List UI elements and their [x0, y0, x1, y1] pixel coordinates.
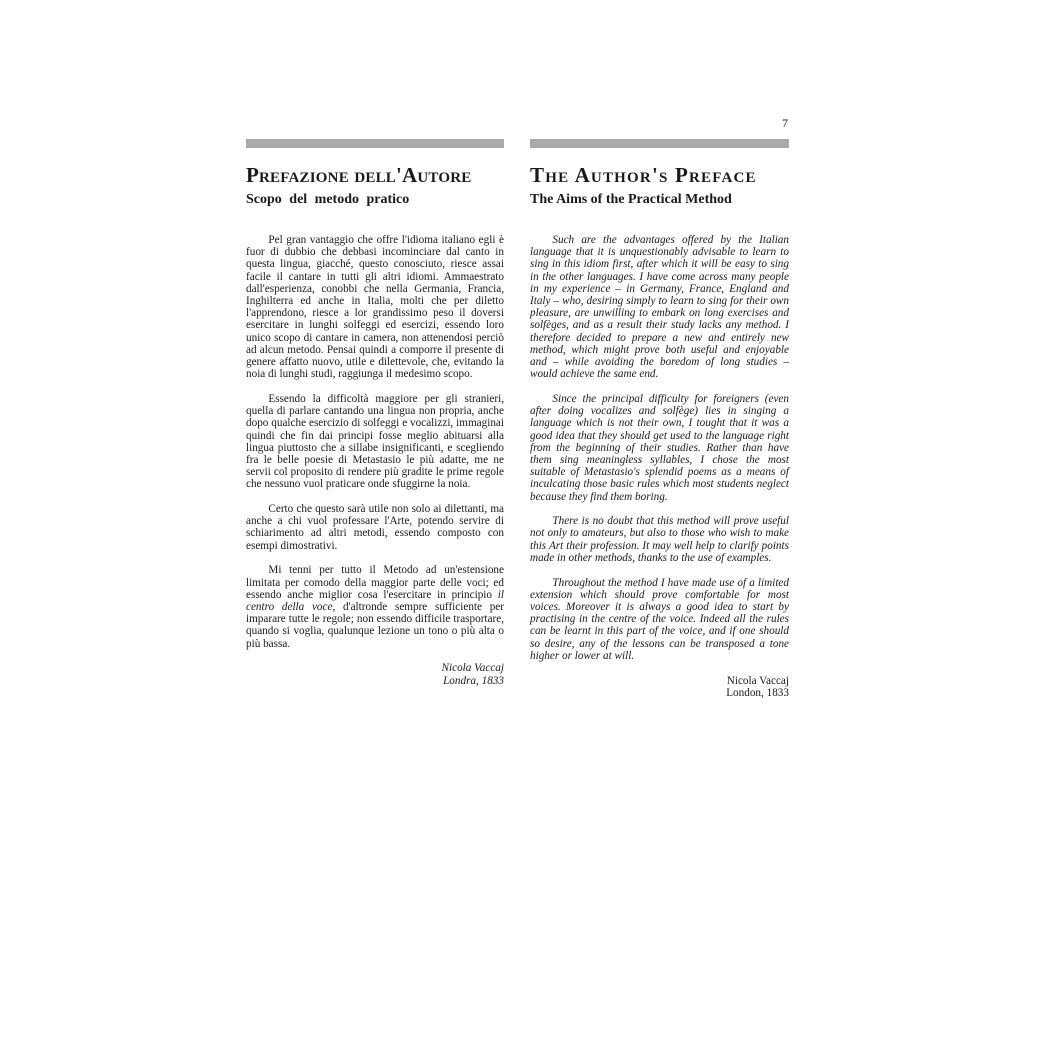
italian-paragraph: Mi tenni per tutto il Metodo ad un'esten… — [246, 564, 504, 649]
italian-paragraph: Essendo la difficoltà maggiore per gli s… — [246, 393, 504, 491]
text-run: Mi tenni per tutto il Metodo ad un'esten… — [246, 564, 504, 600]
signature-name: Nicola Vaccaj — [530, 675, 789, 687]
signature-place-date: Londra, 1833 — [246, 675, 504, 687]
english-paragraph: Since the principal difficulty for forei… — [530, 393, 789, 503]
signature-name: Nicola Vaccaj — [246, 662, 504, 674]
header-bar — [246, 139, 504, 148]
header-bar — [530, 139, 789, 148]
english-signature: Nicola Vaccaj London, 1833 — [530, 675, 789, 699]
english-subtitle: The Aims of the Practical Method — [530, 191, 789, 209]
english-title: The Author's Preface — [530, 163, 789, 187]
english-column: The Author's Preface The Aims of the Pra… — [530, 139, 789, 699]
signature-place-date: London, 1833 — [530, 687, 789, 699]
italian-column: Prefazione dell'Autore Scopo del metodo … — [246, 139, 504, 687]
italian-body: Pel gran vantaggio che offre l'idioma it… — [246, 234, 504, 650]
page-number: 7 — [782, 116, 788, 131]
italian-signature: Nicola Vaccaj Londra, 1833 — [246, 662, 504, 686]
english-paragraph: Throughout the method I have made use of… — [530, 577, 789, 662]
english-paragraph: Such are the advantages offered by the I… — [530, 234, 789, 380]
english-body: Such are the advantages offered by the I… — [530, 234, 789, 662]
italian-paragraph: Pel gran vantaggio che offre l'idioma it… — [246, 234, 504, 380]
italian-title: Prefazione dell'Autore — [246, 163, 504, 187]
italian-paragraph: Certo che questo sarà utile non solo ai … — [246, 503, 504, 552]
italian-subtitle: Scopo del metodo pratico — [246, 191, 504, 209]
english-paragraph: There is no doubt that this method will … — [530, 515, 789, 564]
